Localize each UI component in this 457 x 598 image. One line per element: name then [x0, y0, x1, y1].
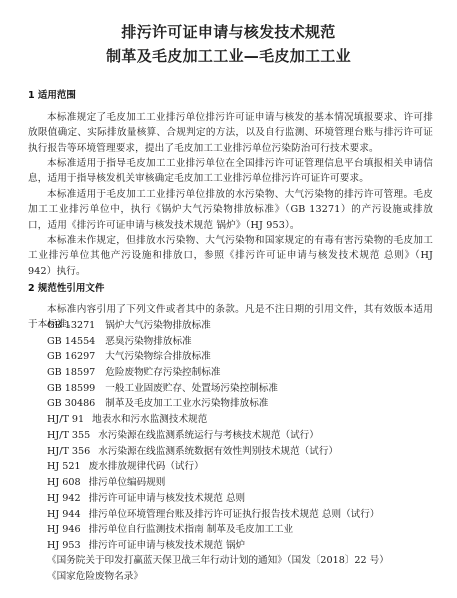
reference-code: GB 18599	[47, 381, 95, 396]
reference-title: 废水排放规律代码（试行）	[89, 461, 204, 472]
reference-code: HJ 946	[47, 522, 81, 537]
section-heading-scope: 1 适用范围	[28, 87, 76, 101]
reference-item: GB 30486制革及毛皮加工工业水污染物排放标准	[47, 396, 268, 411]
reference-title: 排污许可证申请与核发技术规范 锅炉	[89, 540, 246, 551]
reference-code: HJ/T 355	[47, 428, 90, 443]
document-subtitle: 制革及毛皮加工工业—毛皮加工工业	[0, 45, 457, 66]
reference-item: HJ 953排污许可证申请与核发技术规范 锅炉	[47, 538, 245, 553]
reference-item: HJ/T 356水污染源在线监测系统数据有效性判别技术规范（试行）	[47, 444, 338, 459]
document-title: 排污许可证申请与核发技术规范	[0, 21, 457, 42]
reference-item: GB 16297大气污染物综合排放标准	[47, 349, 211, 364]
reference-item: HJ/T 355水污染源在线监测系统运行与考核技术规范（试行）	[47, 428, 319, 443]
reference-title: 排污许可证申请与核发技术规范 总则	[89, 493, 246, 504]
reference-code: GB 16297	[47, 349, 95, 364]
reference-code: HJ 953	[47, 538, 81, 553]
reference-title: 排污单位自行监测技术指南 制革及毛皮加工工业	[89, 524, 294, 535]
reference-code: HJ 942	[47, 491, 81, 506]
reference-document: 《国务院关于印发打赢蓝天保卫战三年行动计划的通知》（国发〔2018〕22 号）	[47, 553, 389, 568]
reference-title: 水污染源在线监测系统数据有效性判别技术规范（试行）	[98, 446, 338, 457]
reference-title: 地表水和污水监测技术规范	[92, 414, 207, 425]
reference-item: HJ 946排污单位自行监测技术指南 制革及毛皮加工工业	[47, 522, 293, 537]
reference-title: 大气污染物综合排放标准	[105, 351, 211, 362]
reference-item: GB 18599一般工业固废贮存、处置场污染控制标准	[47, 381, 278, 396]
reference-code: GB 30486	[47, 396, 95, 411]
reference-code: GB 14554	[47, 334, 95, 349]
reference-code: HJ 521	[47, 459, 81, 474]
reference-item: GB 14554恶臭污染物排放标准	[47, 334, 192, 349]
reference-code: HJ 608	[47, 475, 81, 490]
section-heading-references: 2 规范性引用文件	[28, 280, 104, 294]
reference-item: HJ 944排污单位环境管理台账及排污许可证执行报告技术规范 总则（试行）	[47, 507, 379, 522]
reference-item: GB 13271锅炉大气污染物排放标准	[47, 318, 211, 333]
reference-title: 排污单位环境管理台账及排污许可证执行报告技术规范 总则（试行）	[89, 509, 380, 520]
reference-code: GB 13271	[47, 318, 95, 333]
reference-document: 《国家危险废物名录》	[47, 569, 143, 584]
reference-item: HJ 942排污许可证申请与核发技术规范 总则	[47, 491, 245, 506]
reference-title: 排污单位编码规则	[89, 477, 166, 488]
document-page: 排污许可证申请与核发技术规范 制革及毛皮加工工业—毛皮加工工业 1 适用范围 本…	[0, 0, 457, 598]
reference-item: HJ 608排污单位编码规则	[47, 475, 165, 490]
reference-title: 水污染源在线监测系统运行与考核技术规范（试行）	[98, 430, 319, 441]
scope-paragraph-1: 本标准规定了毛皮加工工业排污单位排污许可证申请与核发的基本情况填报要求、许可排放…	[28, 110, 433, 156]
reference-code: HJ/T 356	[47, 444, 90, 459]
reference-item: GB 18597危险废物贮存污染控制标准	[47, 365, 220, 380]
reference-item: HJ 521废水排放规律代码（试行）	[47, 459, 204, 474]
reference-title: 锅炉大气污染物排放标准	[105, 320, 211, 331]
scope-paragraph-2: 本标准适用于指导毛皮加工工业排污单位在全国排污许可证管理信息平台填报相关申请信息…	[28, 156, 433, 187]
reference-title: 危险废物贮存污染控制标准	[105, 367, 220, 378]
scope-paragraph-3: 本标准适用于毛皮加工工业排污单位排放的水污染物、大气污染物的排污许可管理。毛皮加…	[28, 187, 433, 233]
reference-code: GB 18597	[47, 365, 95, 380]
reference-code: HJ/T 91	[47, 412, 84, 427]
reference-item: HJ/T 91地表水和污水监测技术规范	[47, 412, 207, 427]
reference-title: 一般工业固废贮存、处置场污染控制标准	[105, 383, 278, 394]
reference-code: HJ 944	[47, 507, 81, 522]
reference-title: 恶臭污染物排放标准	[105, 336, 191, 347]
scope-paragraph-4: 本标准未作规定，但排放水污染物、大气污染物和国家规定的有毒有害污染物的毛皮加工工…	[28, 233, 433, 279]
reference-title: 制革及毛皮加工工业水污染物排放标准	[105, 398, 268, 409]
